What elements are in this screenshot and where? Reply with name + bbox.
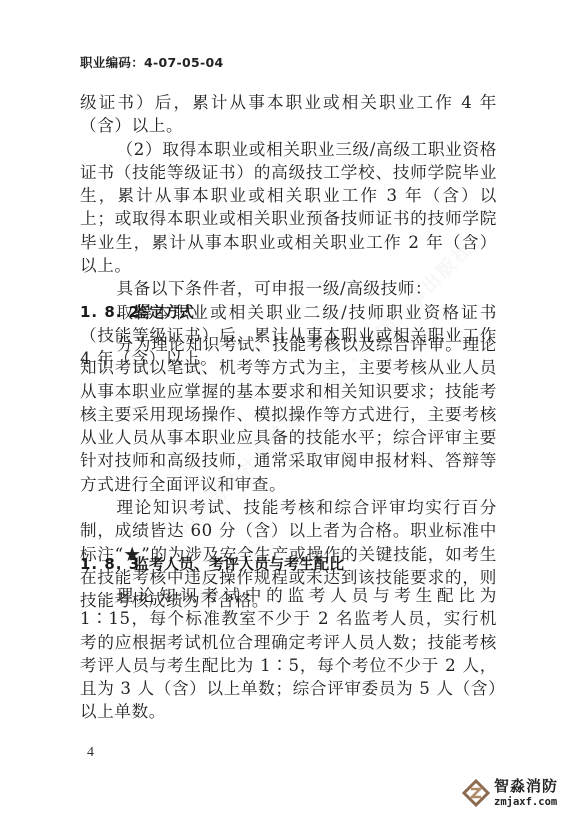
logo-text: 智淼消防 zmjaxf.com bbox=[494, 779, 558, 808]
section-number: 1. 8. 2 bbox=[80, 303, 134, 321]
paragraph: 分为理论知识考试、技能考核以及综合评审。理论知识考试以笔试、机考等方式为主，主要… bbox=[80, 333, 497, 496]
continuation-block: 级证书）后，累计从事本职业或相关职业工作 4 年（含）以上。 （2）取得本职业或… bbox=[80, 91, 497, 371]
section-title: 监考人员、考评人员与考生配比 bbox=[134, 555, 344, 573]
section-title: 鉴定方式 bbox=[134, 303, 194, 321]
logo-name: 智淼消防 bbox=[494, 779, 558, 794]
paragraph: 级证书）后，累计从事本职业或相关职业工作 4 年（含）以上。 bbox=[80, 91, 497, 138]
paragraph: （2）取得本职业或相关职业三级/高级工职业资格证书（技能等级证书）的高级技工学校… bbox=[80, 138, 497, 278]
logo-url: zmjaxf.com bbox=[494, 797, 558, 808]
paragraph: 具备以下条件者，可申报一级/高级技师： bbox=[80, 277, 497, 300]
section-number: 1. 8. 3 bbox=[80, 555, 134, 573]
occupation-code-header: 职业编码：4-07-05-04 bbox=[80, 53, 223, 71]
document-page: 中国劳动社会保障出版社 · 中国人事出版社 职业编码：4-07-05-04 级证… bbox=[0, 0, 582, 816]
site-logo[interactable]: 智淼消防 zmjaxf.com bbox=[462, 773, 580, 813]
section-heading-1-8-2: 1. 8. 2鉴定方式 bbox=[80, 301, 194, 322]
paragraph: 理论知识考试中的监考人员与考生配比为 1∶15，每个标准教室不少于 2 名监考人… bbox=[80, 584, 497, 724]
section-heading-1-8-3: 1. 8. 3监考人员、考评人员与考生配比 bbox=[80, 553, 344, 574]
zm-logo-icon bbox=[462, 779, 490, 807]
page-number: 4 bbox=[87, 745, 94, 761]
section-1-8-3-body: 理论知识考试中的监考人员与考生配比为 1∶15，每个标准教室不少于 2 名监考人… bbox=[80, 584, 497, 724]
